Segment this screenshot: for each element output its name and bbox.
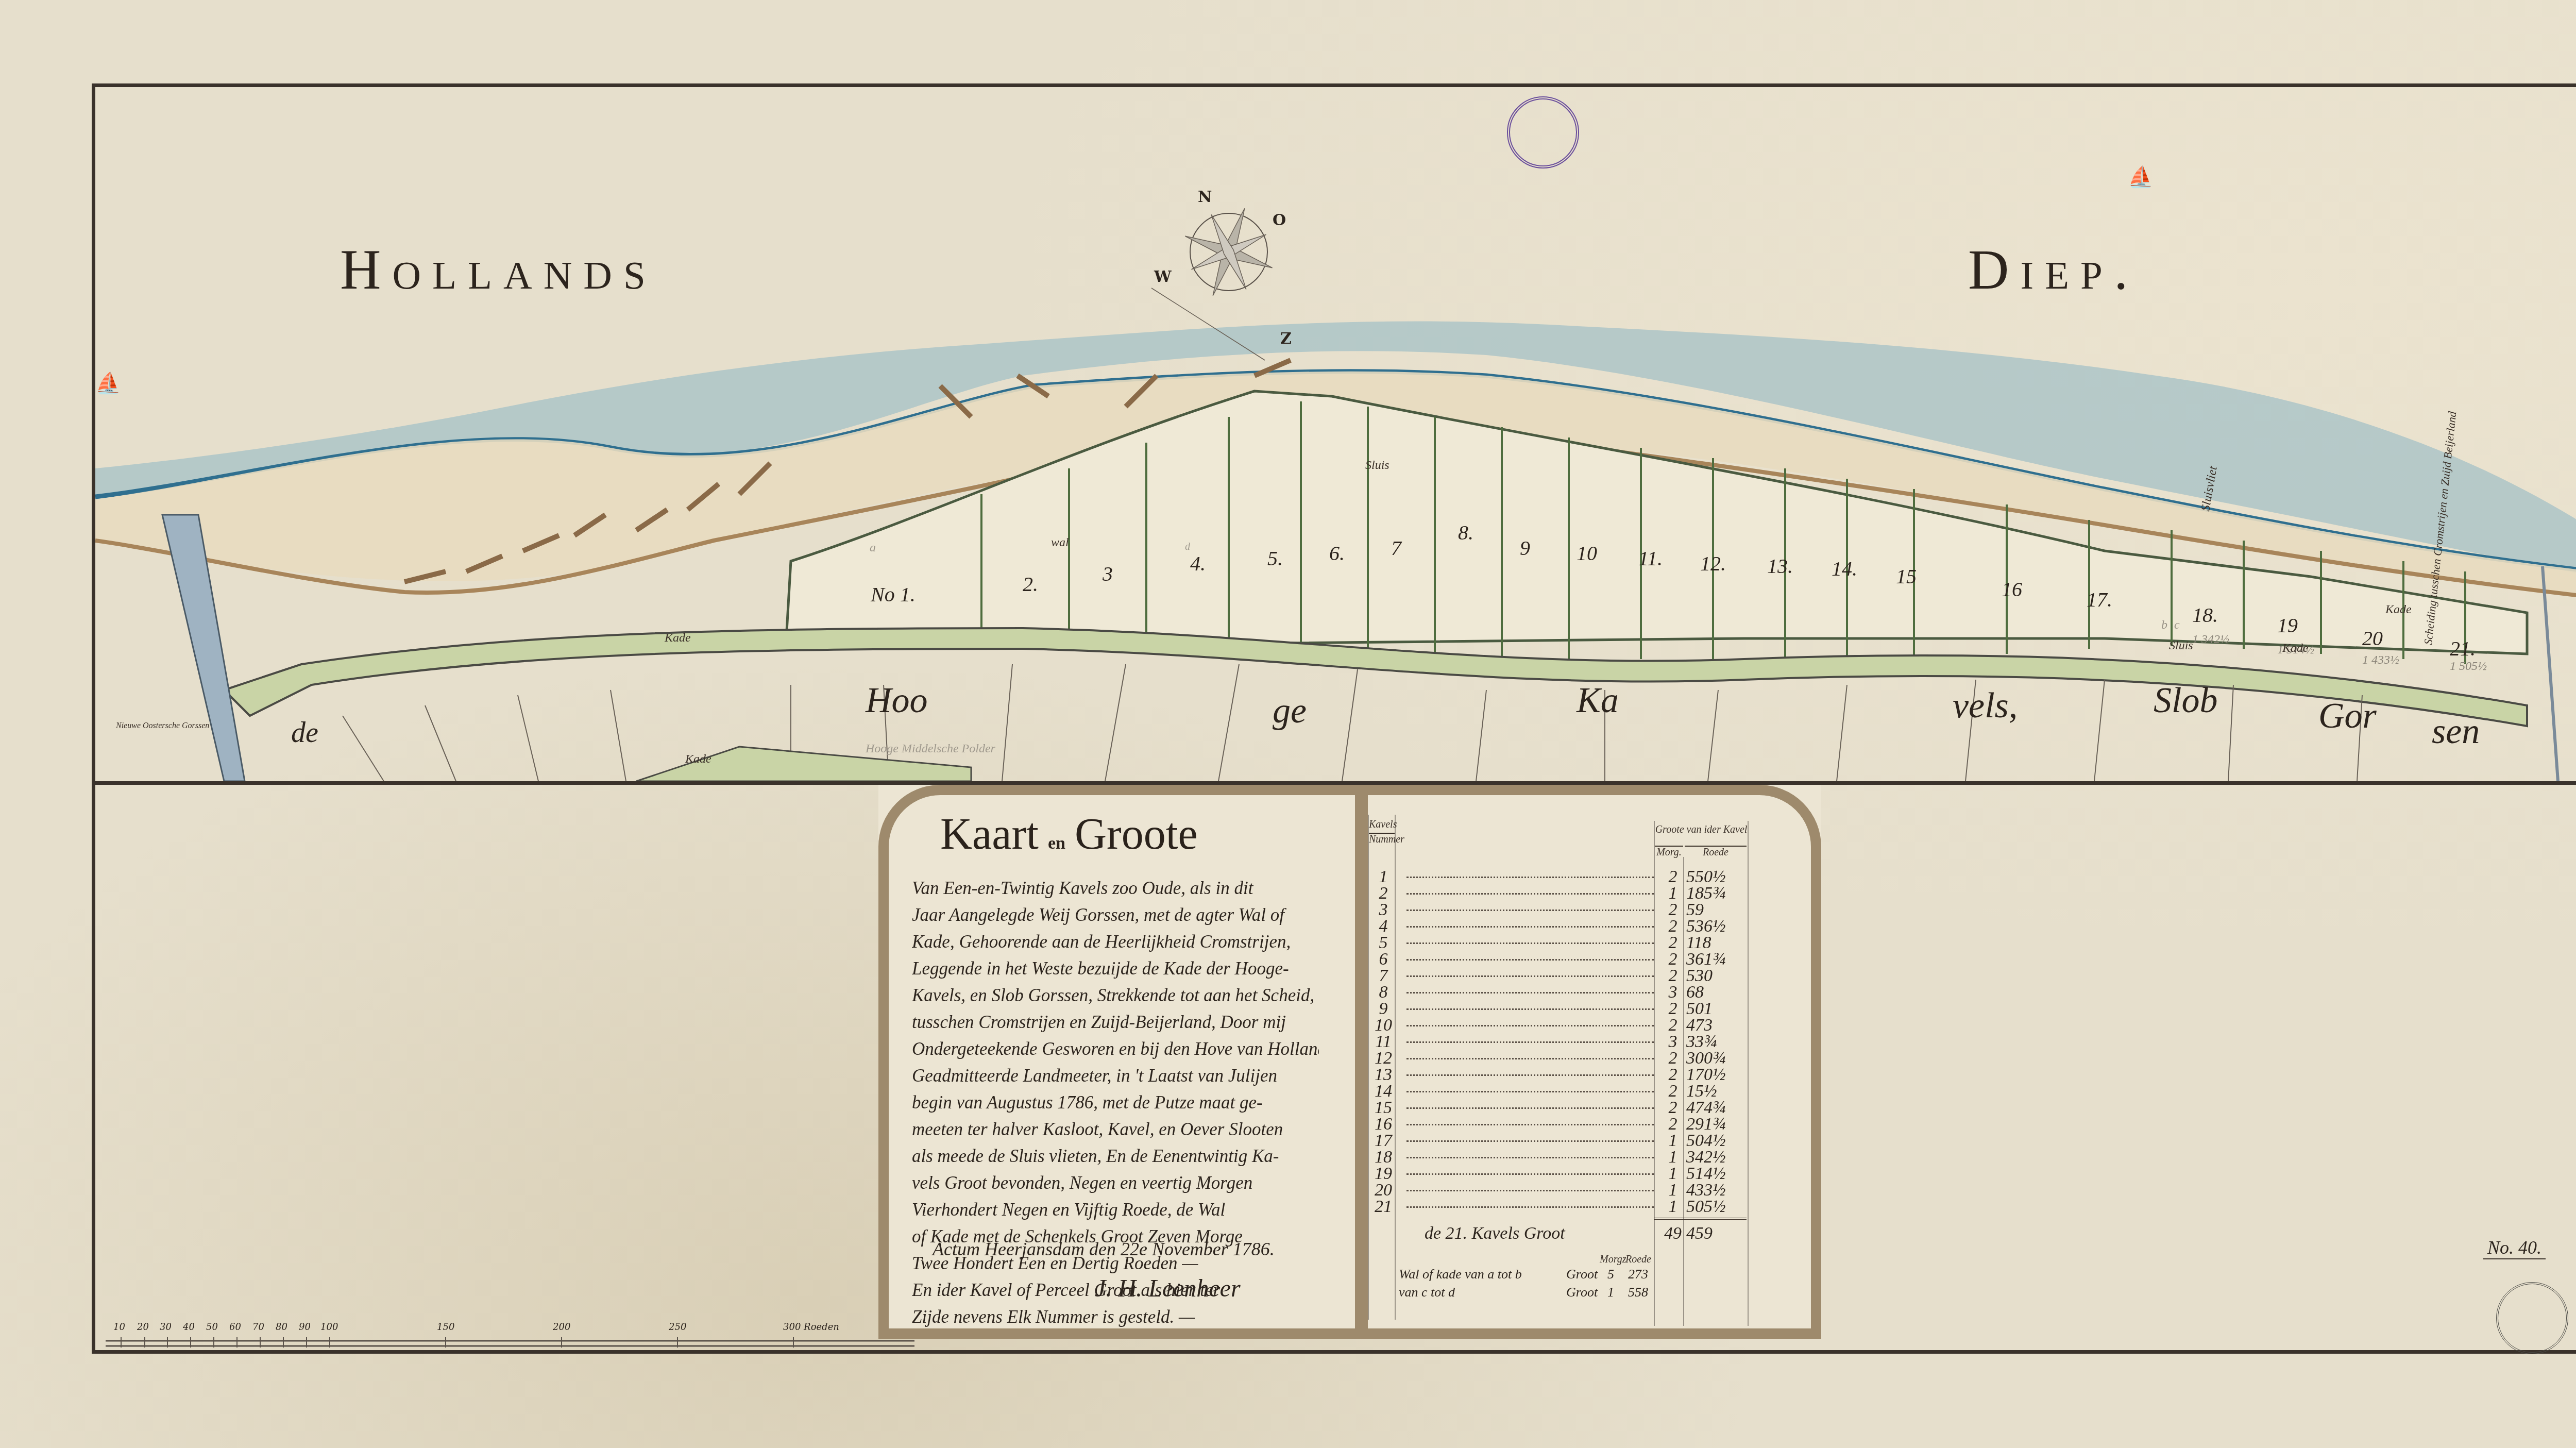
scale-tick-80: 80 — [276, 1322, 287, 1333]
plot-number-16: 16 — [2002, 577, 2022, 601]
header-kavels: Kavels — [1369, 819, 1395, 831]
cartouche-description: Van Een-en-Twintig Kavels zoo Oude, als … — [912, 875, 1319, 1331]
scale-tick-10: 10 — [113, 1322, 125, 1333]
compass-label-w: W — [1154, 268, 1172, 286]
plot-number-20: 20 — [2362, 626, 2383, 650]
plot-number-5: 5. — [1267, 546, 1283, 570]
table-row: 171504½ — [1368, 1131, 1775, 1148]
scale-tick-150: 150 — [437, 1322, 454, 1333]
header-groote: Groote van ider Kavel — [1655, 824, 1748, 836]
water-name-left: Hollands — [340, 237, 657, 302]
total-rule — [1654, 1218, 1747, 1220]
map-divider-line — [92, 781, 2576, 785]
table-row: 3259 — [1368, 900, 1775, 917]
plot-number-12: 12. — [1700, 551, 1726, 576]
scale-tick-40: 40 — [183, 1322, 195, 1333]
pencil-size-20: 1 433½ — [2362, 653, 2399, 667]
label-kade-1: Kade — [665, 631, 691, 645]
text-line: begin van Augustus 1786, met de Putze ma… — [912, 1089, 1319, 1116]
region-word-hoo: Hoo — [866, 680, 928, 721]
point-a: a — [870, 541, 876, 555]
pencil-size-21: 1 505½ — [2450, 660, 2487, 674]
point-c: c — [2174, 618, 2180, 632]
label-sluis-2: Sluis — [2169, 639, 2193, 653]
plot-number-2: 2. — [1023, 572, 1038, 596]
header-roede: Roede — [1685, 846, 1747, 858]
scale-tick-200: 200 — [553, 1322, 570, 1333]
scale-tick-30: 30 — [160, 1322, 172, 1333]
compass-label-z: Z — [1280, 330, 1292, 348]
plot-number-1: No 1. — [871, 582, 916, 607]
table-row: 14215½ — [1368, 1082, 1775, 1098]
plot-number-8: 8. — [1458, 520, 1473, 545]
point-d: d — [1185, 541, 1190, 553]
scale-tick-20: 20 — [137, 1322, 149, 1333]
plot-number-19: 19 — [2277, 613, 2298, 637]
archive-stamp-top — [1507, 96, 1579, 169]
table-row: 181342½ — [1368, 1148, 1775, 1164]
plot-number-21: 21. — [2450, 636, 2476, 661]
ship-icon-left: ⛵ — [95, 371, 121, 395]
sub-header-morgen: Morgz — [1600, 1254, 1626, 1266]
total-morgen: 49 — [1663, 1224, 1683, 1243]
table-row: 12550½ — [1368, 867, 1775, 884]
region-word-sen: sen — [2432, 711, 2480, 752]
table-row: 52118 — [1368, 933, 1775, 950]
text-line: Geadmitteerde Landmeeter, in 't Laatst v… — [912, 1063, 1319, 1089]
place-date: Actum Heerjansdam den 22e November 1786. — [933, 1238, 1275, 1260]
plot-number-15: 15 — [1896, 564, 1917, 588]
text-line: Leggende in het Weste bezuijde de Kade d… — [912, 955, 1319, 982]
plot-number-6: 6. — [1329, 541, 1345, 565]
total-label: de 21. Kavels Groot — [1425, 1224, 1565, 1243]
pencil-size-18: 1 342½ — [2192, 633, 2229, 647]
plot-number-17: 17. — [2087, 587, 2112, 612]
water-name-right: Diep. — [1968, 237, 2139, 302]
region-word-vels: vels, — [1953, 685, 2018, 727]
compass-label-o: O — [1273, 211, 1286, 229]
table-row: 201433½ — [1368, 1181, 1775, 1197]
scale-tick-50: 50 — [206, 1322, 218, 1333]
table-row: 102473 — [1368, 1016, 1775, 1032]
label-pencil-polder: Hooge Middelsche Polder — [866, 742, 995, 756]
label-wal: wal — [1051, 536, 1069, 550]
text-line: vels Groot bevonden, Negen en veertig Mo… — [912, 1170, 1319, 1197]
map-number: No. 40. — [2483, 1237, 2546, 1259]
compass-label-n: N — [1198, 188, 1212, 206]
text-line: meeten ter halver Kasloot, Kavel, en Oev… — [912, 1116, 1319, 1143]
plot-number-9: 9 — [1520, 536, 1530, 560]
table-row: 162291¾ — [1368, 1115, 1775, 1131]
plot-number-14: 14. — [1832, 557, 1857, 581]
region-word-de: de — [291, 716, 318, 749]
table-row: 191514½ — [1368, 1164, 1775, 1181]
cartouche: KaartenGroote Van Een-en-Twintig Kavels … — [878, 785, 1821, 1339]
van-row: van c tot d Groot 1 558 — [1368, 1285, 1775, 1301]
scale-tick-250: 250 — [669, 1322, 686, 1333]
label-nieuwe-oostersche: Nieuwe Oostersche Gorssen — [116, 721, 209, 731]
scale-bar — [95, 1335, 2576, 1350]
text-line: tusschen Cromstrijen en Zuijd-Beijerland… — [912, 1009, 1319, 1036]
point-b: b — [2161, 618, 2167, 632]
scale-unit-label: 300 Roeden — [783, 1322, 839, 1333]
title-groote: Groote — [1075, 809, 1198, 858]
plot-number-3: 3 — [1103, 562, 1113, 586]
text-line: Van Een-en-Twintig Kavels zoo Oude, als … — [912, 875, 1319, 902]
region-word-slob: Slob — [2154, 680, 2217, 721]
text-line: als meede de Sluis vlieten, En de Eenent… — [912, 1143, 1319, 1170]
scale-tick-90: 90 — [299, 1322, 311, 1333]
plot-number-11: 11. — [1638, 546, 1663, 570]
scale-tick-60: 60 — [229, 1322, 241, 1333]
text-line: Vierhondert Negen en Vijftig Roede, de W… — [912, 1197, 1319, 1223]
plot-number-4: 4. — [1190, 551, 1206, 576]
title-kaart: Kaart — [940, 809, 1039, 858]
text-line: Jaar Aangelegde Weij Gorssen, met de agt… — [912, 902, 1319, 929]
table-row: 132170½ — [1368, 1065, 1775, 1082]
region-word-ge: ge — [1273, 691, 1307, 732]
table-row: 11333¾ — [1368, 1032, 1775, 1049]
title-en: en — [1048, 834, 1065, 853]
label-kade-2: Kade — [2385, 603, 2412, 617]
plot-number-10: 10 — [1577, 541, 1597, 565]
scale-tick-100: 100 — [320, 1322, 338, 1333]
plot-size-table: Kavels Nummer Groote van ider Kavel Morg… — [1363, 805, 1801, 1321]
plot-number-7: 7 — [1391, 536, 1401, 560]
table-row: 211505½ — [1368, 1197, 1775, 1214]
region-word-ka: Ka — [1577, 680, 1619, 721]
plot-number-13: 13. — [1767, 554, 1793, 578]
plot-number-18: 18. — [2192, 603, 2218, 627]
wal-row: Wal of kade van a tot b Groot 5 273 — [1368, 1267, 1775, 1283]
region-word-gor: Gor — [2318, 696, 2377, 737]
table-total-row: de 21. Kavels Groot 49 459 — [1368, 1224, 1775, 1240]
table-row: 152474¾ — [1368, 1098, 1775, 1115]
header-nummer: Nummer — [1369, 833, 1395, 846]
table-row: 72530 — [1368, 966, 1775, 983]
label-kade-3: Kade — [2282, 642, 2309, 655]
table-row: 42536½ — [1368, 917, 1775, 933]
ship-icon: ⛵ — [2128, 165, 2154, 189]
scale-tick-70: 70 — [252, 1322, 264, 1333]
text-line: Zijde nevens Elk Nummer is gesteld. — — [912, 1304, 1319, 1331]
text-line: Ondergeteekende Gesworen en bij den Hove… — [912, 1036, 1319, 1063]
total-roede: 459 — [1686, 1224, 1748, 1243]
table-row: 92501 — [1368, 999, 1775, 1016]
label-kade-4: Kade — [685, 752, 711, 766]
table-row: 122300¾ — [1368, 1049, 1775, 1065]
header-morgen: Morg. — [1655, 846, 1683, 858]
table-row: 8368 — [1368, 983, 1775, 999]
sub-header-roede: Roede — [1625, 1254, 1651, 1266]
table-row: 62361¾ — [1368, 950, 1775, 966]
text-line: Kade, Gehoorende aan de Heerlijkheid Cro… — [912, 929, 1319, 955]
label-sluis: Sluis — [1365, 459, 1389, 473]
surveyor-signature: J. H. Leenheer — [1095, 1274, 1241, 1303]
cartouche-title: KaartenGroote — [940, 808, 1198, 860]
text-line: Kavels, en Slob Gorssen, Strekkende tot … — [912, 982, 1319, 1009]
table-row: 21185¾ — [1368, 884, 1775, 900]
